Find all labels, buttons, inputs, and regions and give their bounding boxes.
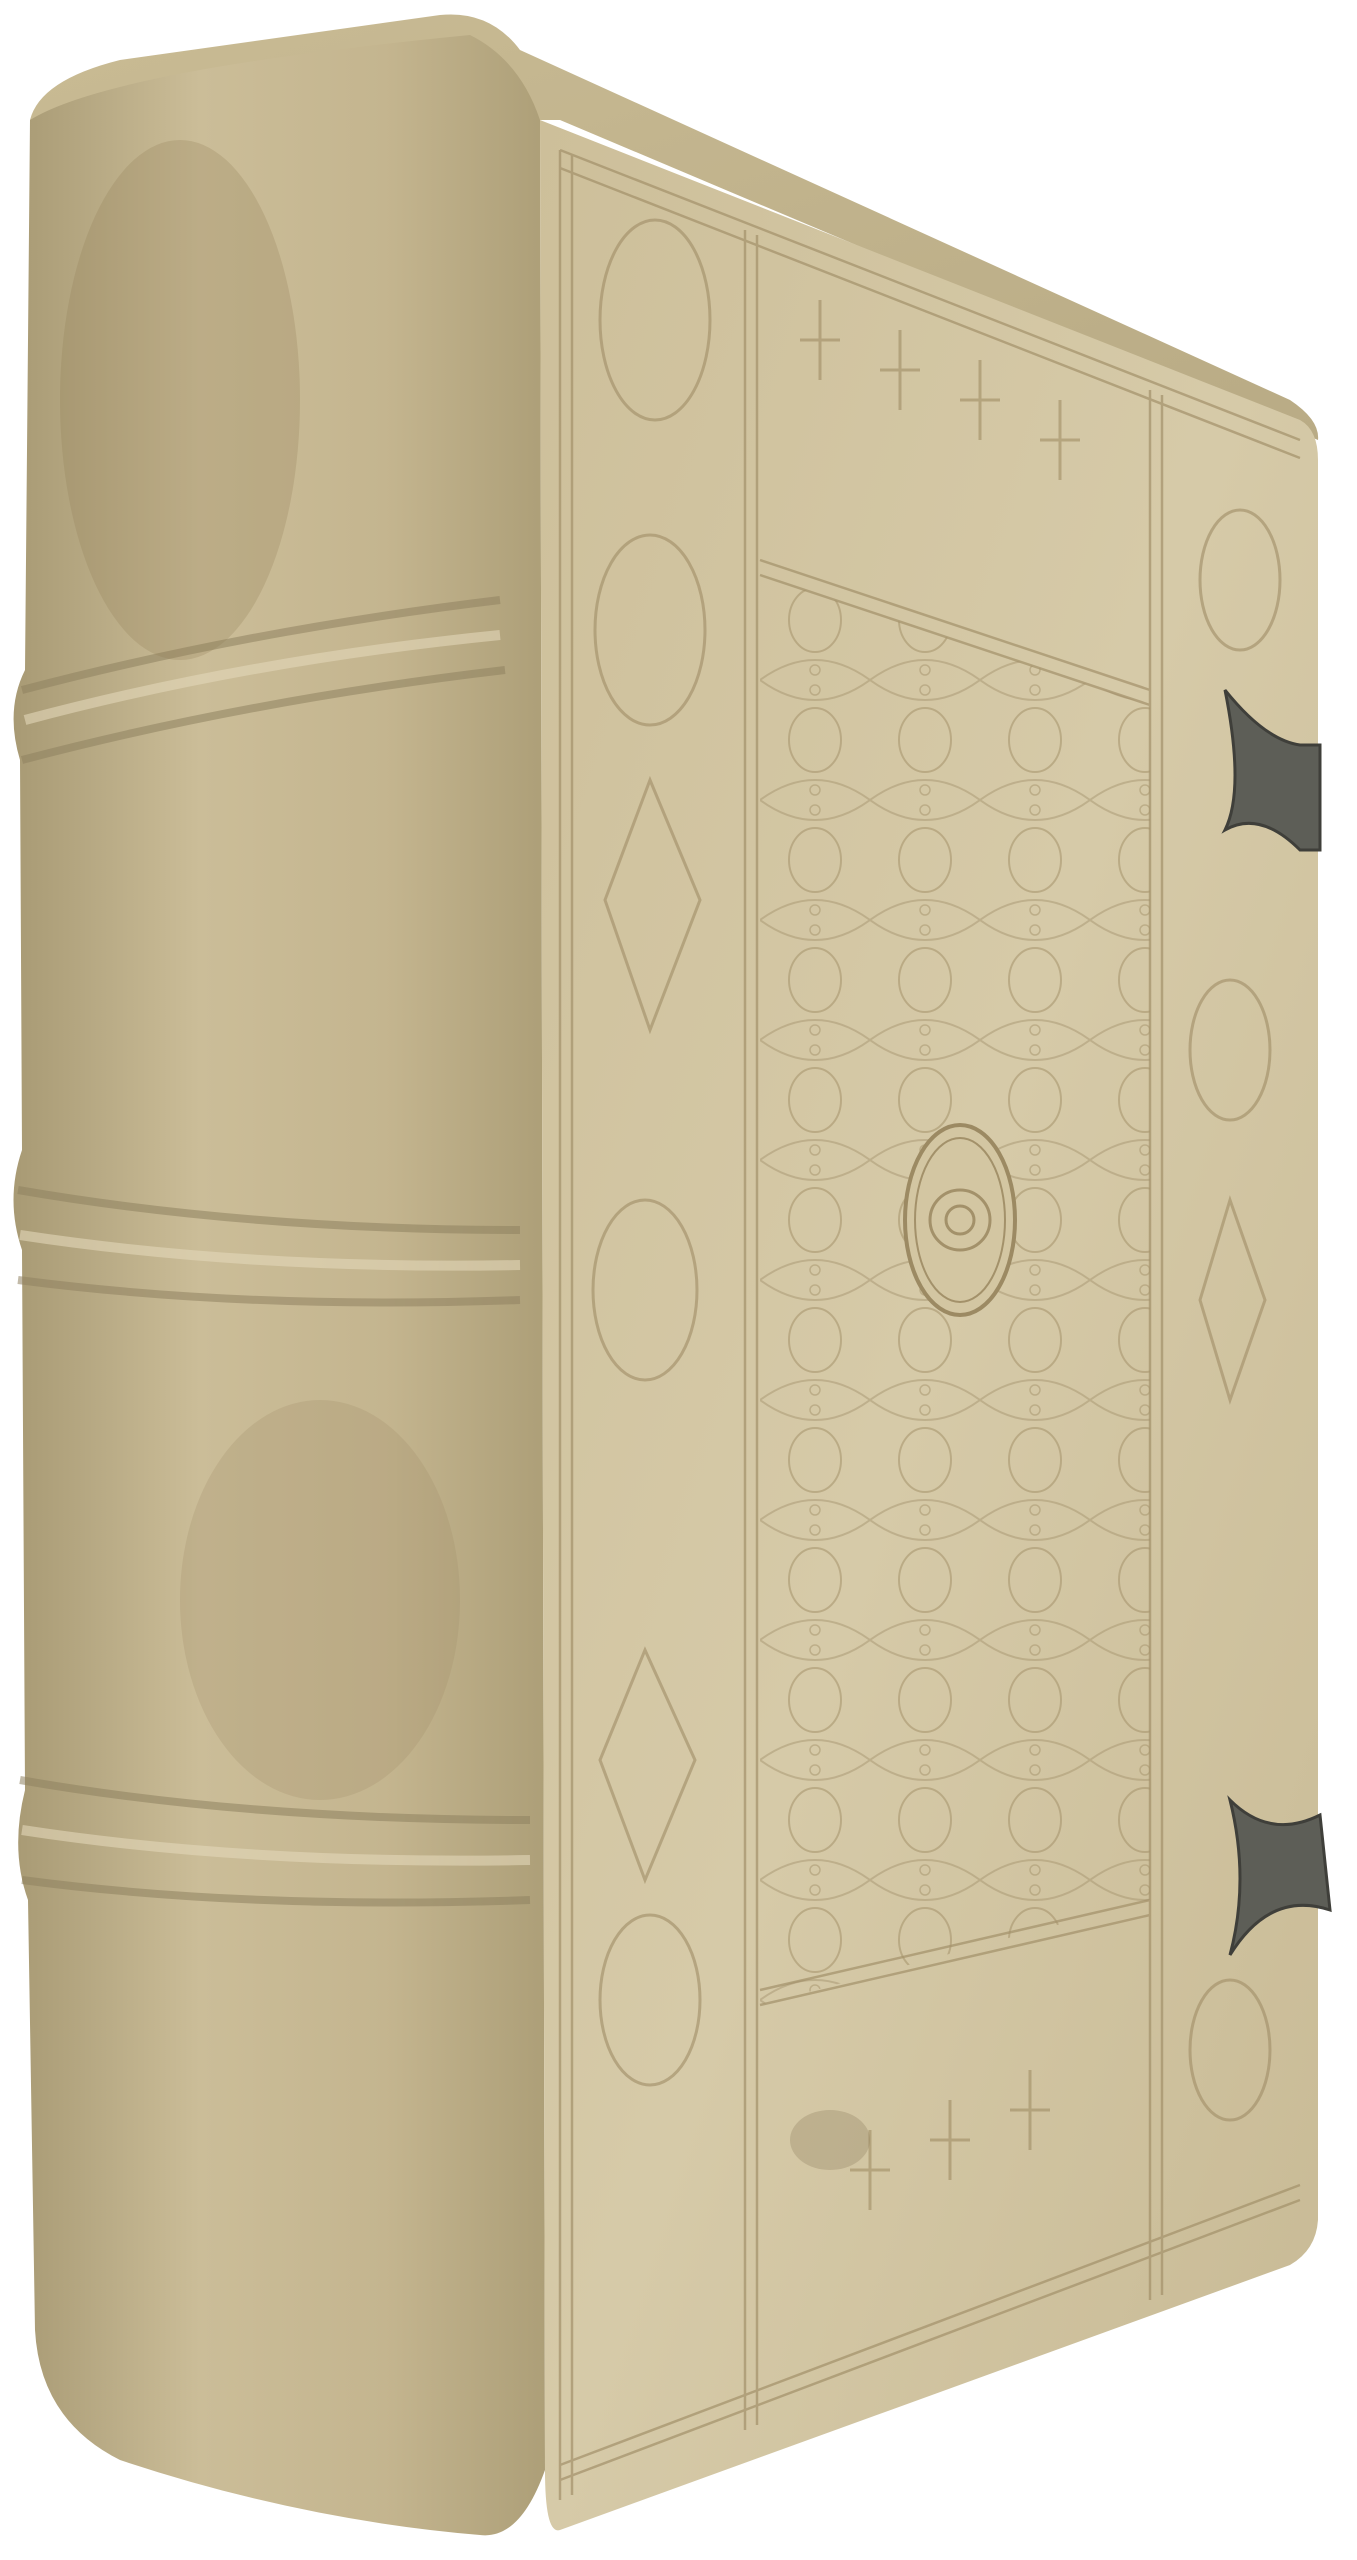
rosette-medallion (905, 1125, 1015, 1315)
book-photo (0, 0, 1357, 2560)
book-illustration (0, 0, 1357, 2560)
